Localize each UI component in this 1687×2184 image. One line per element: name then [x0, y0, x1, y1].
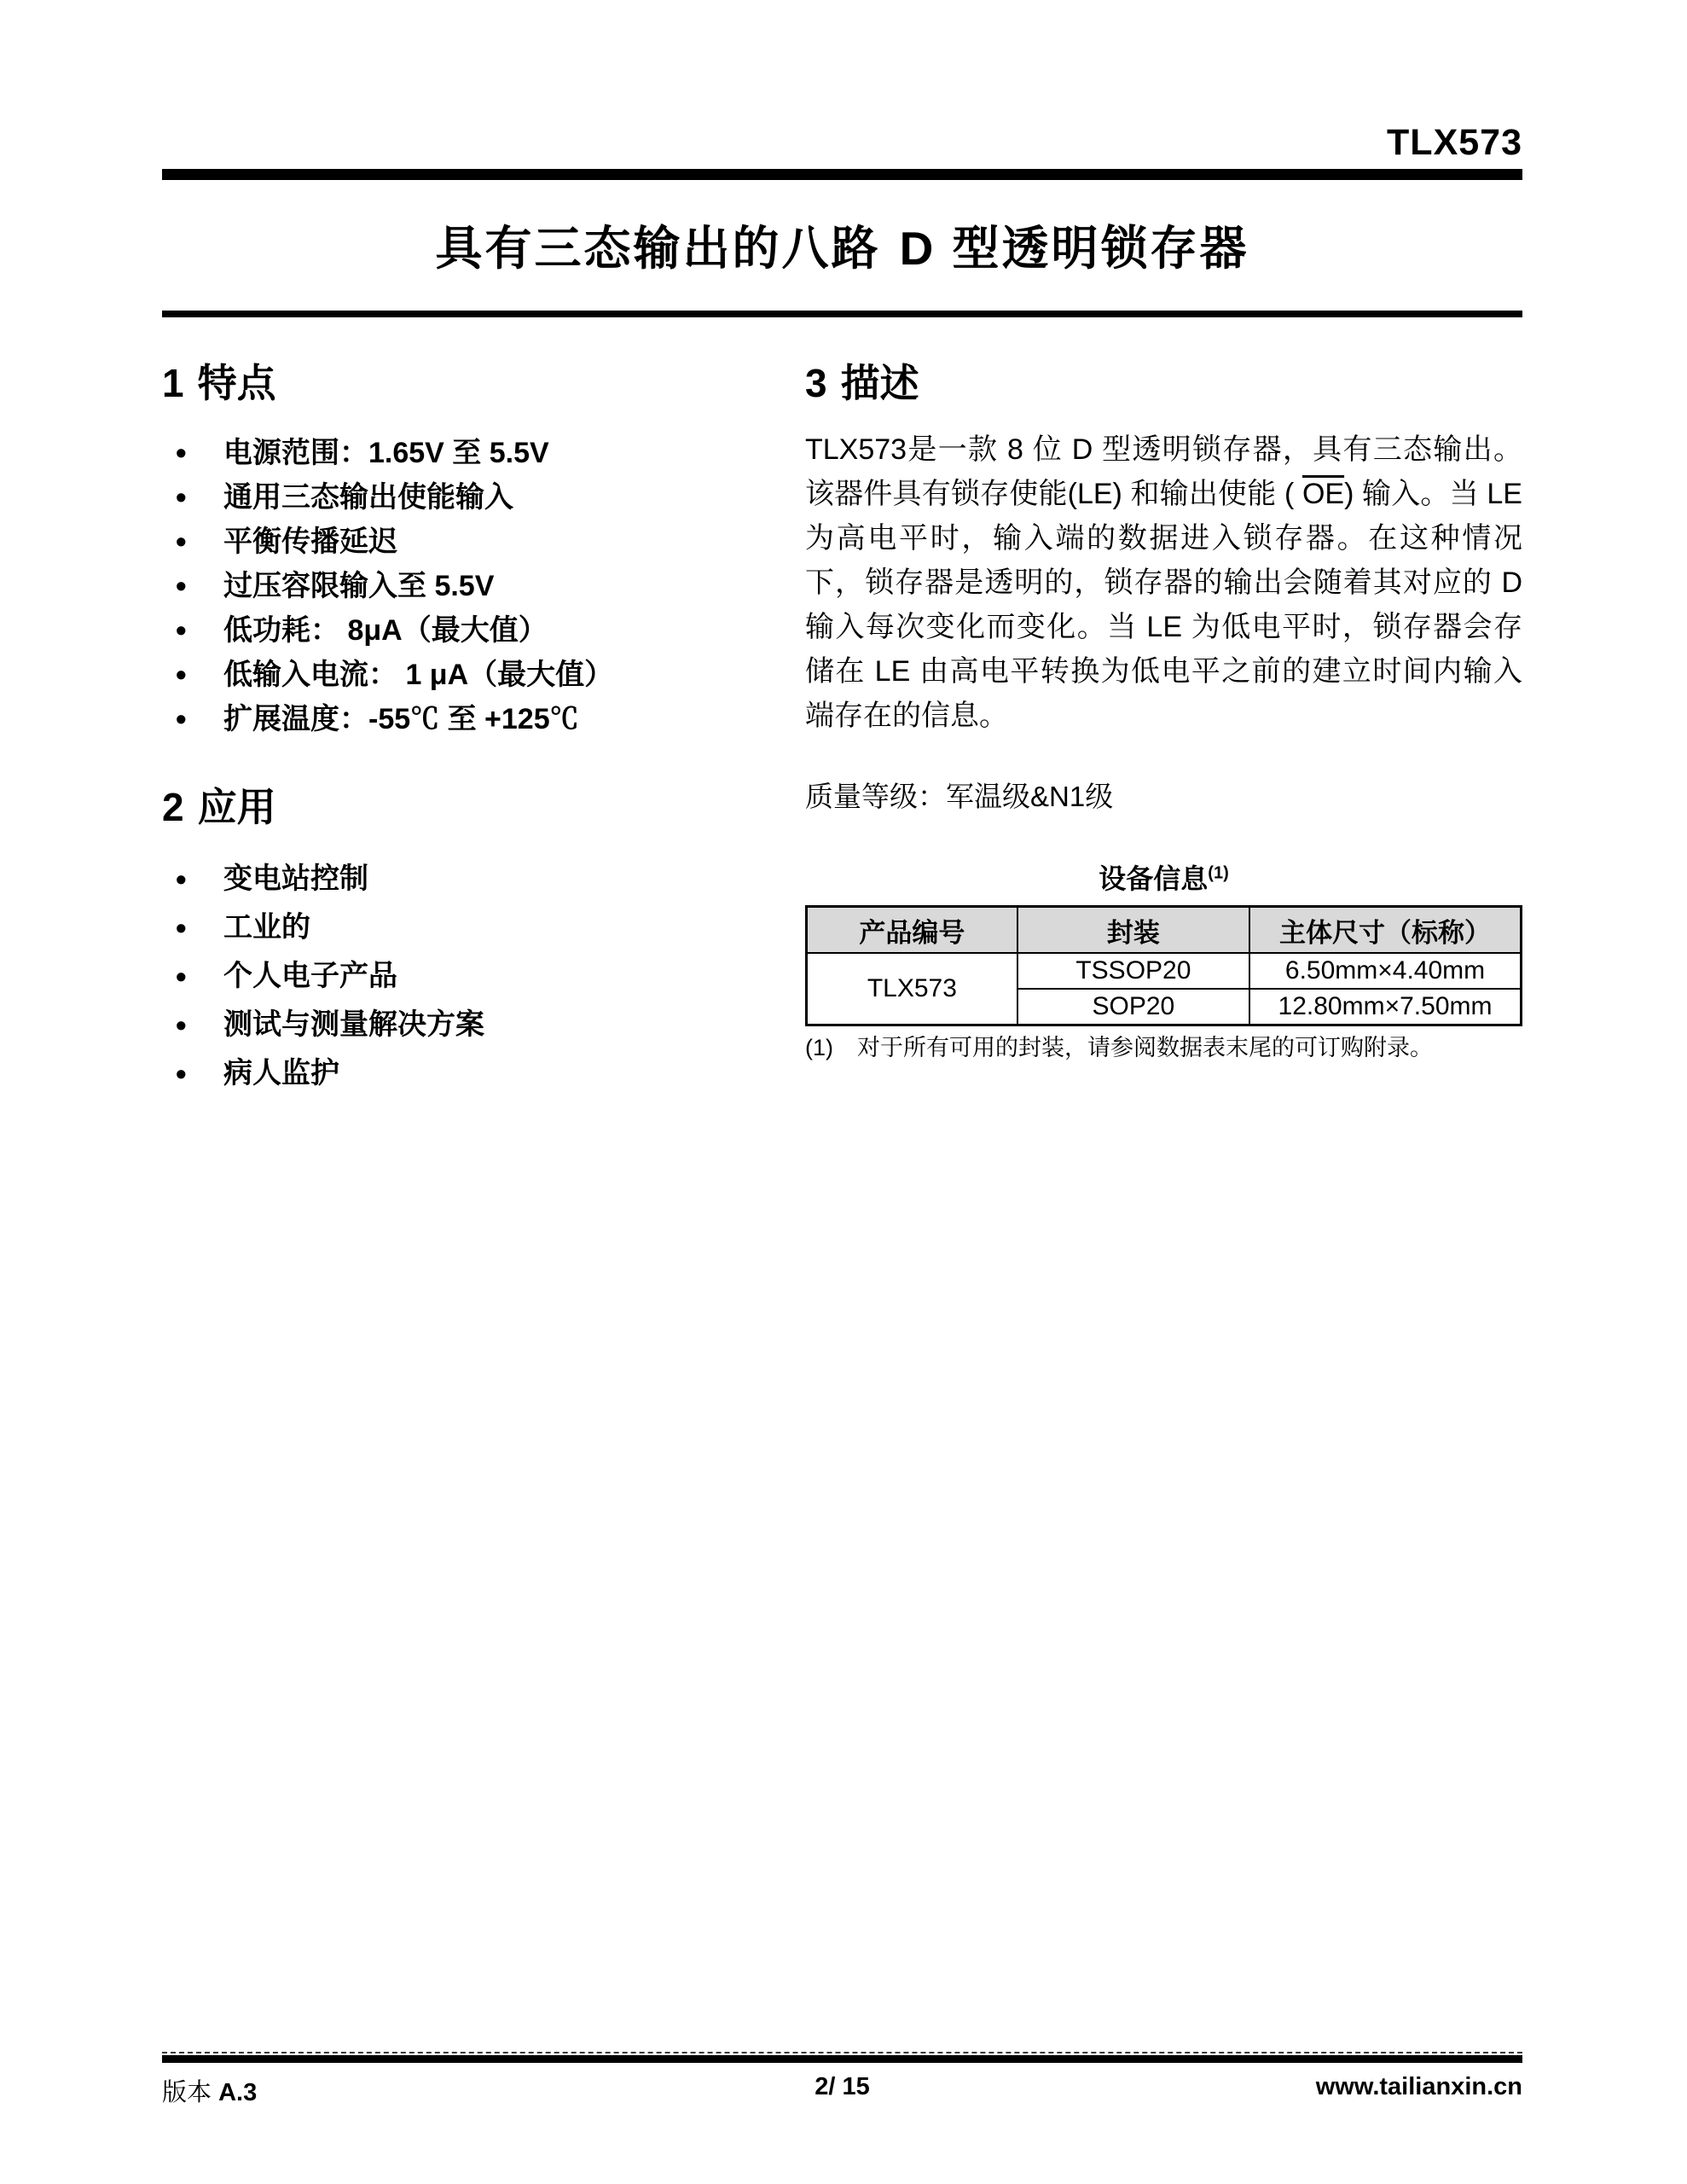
section-title: 特点 [198, 361, 276, 405]
page-content: TLX573 具有三态输出的八路 D 型透明锁存器 1特点 电源范围：1.65V… [0, 0, 1687, 1098]
application-item: 个人电子产品 [162, 952, 768, 1001]
datasheet-page: TLX573 具有三态输出的八路 D 型透明锁存器 1特点 电源范围：1.65V… [0, 0, 1687, 2184]
footer-version: 版本 A.3 [162, 2073, 257, 2108]
header-rule [162, 169, 1522, 180]
table-footnote: (1)对于所有可用的封装，请参阅数据表末尾的可订购附录。 [805, 1033, 1522, 1063]
application-text: 个人电子产品 [223, 960, 397, 992]
footer-website: www.tailianxin.cn [1316, 2073, 1522, 2101]
application-item: 变电站控制 [162, 855, 768, 903]
column-header-package: 封装 [1017, 907, 1249, 954]
feature-item: 通用三态输出使能输入 [162, 475, 768, 520]
feature-text: 电源范围：1.65V 至 5.5V [223, 437, 549, 469]
page-title: 具有三态输出的八路 D 型透明锁存器 [162, 219, 1522, 278]
section-title: 描述 [841, 361, 919, 405]
feature-text: 低功耗： 8μA（最大值） [223, 614, 548, 647]
part-number-cell: TLX573 [807, 953, 1017, 1025]
title-d-letter: D [900, 222, 934, 275]
section-title: 应用 [198, 785, 276, 829]
section-description-heading: 3描述 [805, 360, 1522, 407]
features-list: 电源范围：1.65V 至 5.5V 通用三态输出使能输入 平衡传播延迟 过压容限… [162, 431, 768, 741]
feature-item: 低输入电流： 1 μA（最大值） [162, 653, 768, 697]
feature-text: 低输入电流： 1 μA（最大值） [223, 659, 613, 691]
application-text: 测试与测量解决方案 [223, 1008, 484, 1041]
application-item: 病人监护 [162, 1049, 768, 1098]
title-rule [162, 311, 1522, 317]
feature-text: 平衡传播延迟 [223, 526, 397, 558]
column-header-size: 主体尺寸（标称） [1249, 907, 1521, 954]
feature-item: 过压容限输入至 5.5V [162, 564, 768, 608]
column-header-part: 产品编号 [807, 907, 1017, 954]
section-number: 2 [162, 785, 184, 829]
device-info-section: 设备信息(1) 产品编号 封装 主体尺寸（标称） TLX57 [805, 857, 1522, 1063]
footer-page-number: 2/ 15 [815, 2073, 870, 2101]
right-column: 3描述 TLX573是一款 8 位 D 型透明锁存器，具有三态输出。该器件具有锁… [805, 360, 1522, 1098]
footer-rule [162, 2055, 1522, 2063]
package-cell: TSSOP20 [1017, 953, 1249, 989]
application-text: 病人监护 [223, 1057, 339, 1089]
application-item: 测试与测量解决方案 [162, 1001, 768, 1049]
title-text-right: 型透明锁存器 [933, 220, 1249, 276]
feature-text: 扩展温度：-55℃ 至 +125℃ [223, 703, 579, 735]
two-column-layout: 1特点 电源范围：1.65V 至 5.5V 通用三态输出使能输入 平衡传播延迟 … [162, 360, 1522, 1098]
left-column: 1特点 电源范围：1.65V 至 5.5V 通用三态输出使能输入 平衡传播延迟 … [162, 360, 768, 1098]
size-cell: 12.80mm×7.50mm [1249, 989, 1521, 1025]
section-applications-heading: 2应用 [162, 784, 768, 831]
part-number: TLX573 [1387, 122, 1522, 163]
application-item: 工业的 [162, 903, 768, 952]
applications-list: 变电站控制 工业的 个人电子产品 测试与测量解决方案 病人监护 [162, 855, 768, 1098]
section-features-heading: 1特点 [162, 360, 768, 407]
size-cell: 6.50mm×4.40mm [1249, 953, 1521, 989]
version-label: 版本 [162, 2079, 212, 2106]
footnote-marker: (1) [805, 1035, 833, 1060]
feature-text: 过压容限输入至 5.5V [223, 570, 494, 602]
description-text: ) 输入。当 LE 为高电平时，输入端的数据进入锁存器。在这种情况下，锁存器是透… [805, 478, 1522, 732]
device-info-table: 产品编号 封装 主体尺寸（标称） TLX573 TSSOP20 6.50mm×4… [805, 905, 1522, 1026]
description-paragraph: TLX573是一款 8 位 D 型透明锁存器，具有三态输出。该器件具有锁存使能(… [805, 427, 1522, 738]
document-header: TLX573 [162, 0, 1522, 161]
oe-signal-overline: OE [1302, 478, 1344, 510]
device-info-title: 设备信息(1) [805, 857, 1522, 897]
feature-item: 平衡传播延迟 [162, 520, 768, 564]
table-header-row: 产品编号 封装 主体尺寸（标称） [807, 907, 1522, 954]
application-text: 变电站控制 [223, 863, 368, 895]
feature-item: 低功耗： 8μA（最大值） [162, 608, 768, 653]
footnote-ref: (1) [1208, 863, 1228, 882]
version-value: A.3 [218, 2079, 257, 2106]
application-text: 工业的 [223, 911, 310, 944]
footer-text-row: 版本 A.3 2/ 15 www.tailianxin.cn [162, 2073, 1522, 2107]
quality-grade-line: 质量等级：军温级&N1级 [805, 777, 1522, 816]
title-text-left: 具有三态输出的八路 [435, 220, 899, 276]
page-footer: 版本 A.3 2/ 15 www.tailianxin.cn [162, 2052, 1522, 2107]
footer-dashed-rule [162, 2052, 1522, 2053]
feature-text: 通用三态输出使能输入 [223, 481, 513, 514]
section-number: 3 [805, 361, 827, 405]
section-number: 1 [162, 361, 184, 405]
package-cell: SOP20 [1017, 989, 1249, 1025]
feature-item: 扩展温度：-55℃ 至 +125℃ [162, 697, 768, 741]
device-info-title-text: 设备信息 [1099, 863, 1208, 894]
table-row: TLX573 TSSOP20 6.50mm×4.40mm [807, 953, 1522, 989]
feature-item: 电源范围：1.65V 至 5.5V [162, 431, 768, 475]
footnote-text: 对于所有可用的封装，请参阅数据表末尾的可订购附录。 [857, 1035, 1433, 1060]
